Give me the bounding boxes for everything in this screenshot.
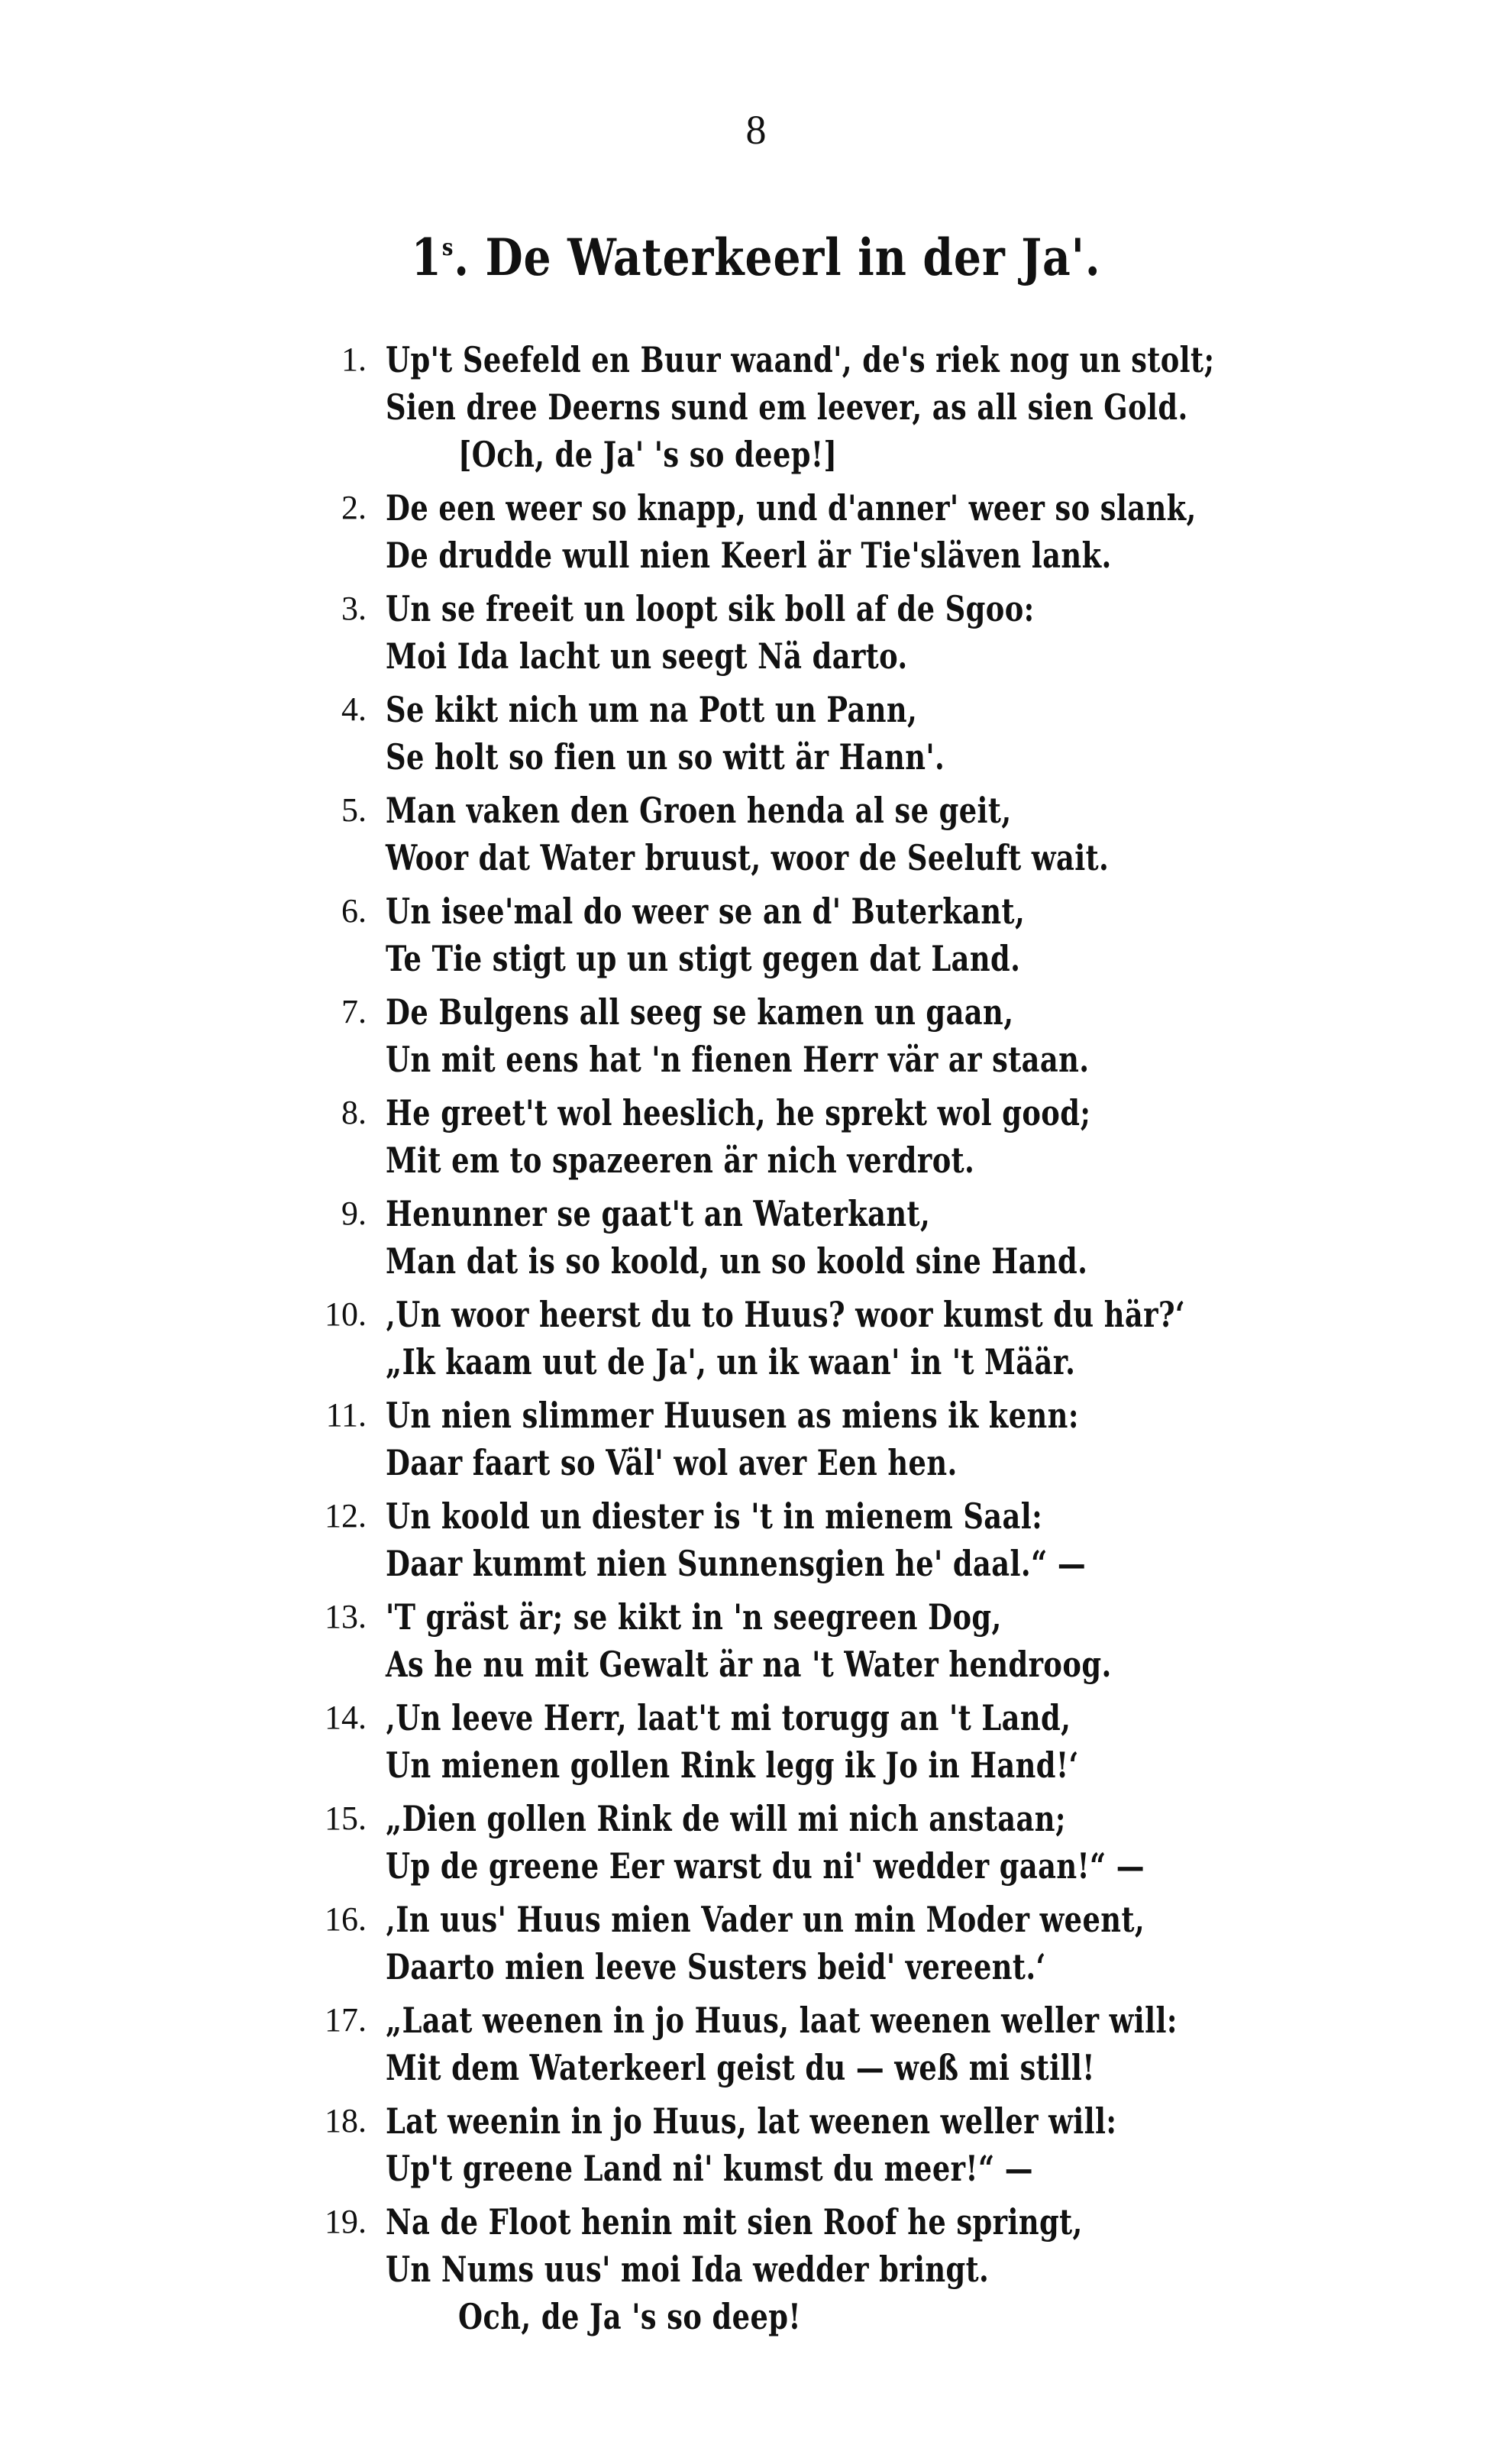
verse-line: Daar faart so Väl' wol aver Een hen. bbox=[386, 1439, 1287, 1486]
verse: 3.Un se freeit un loopt sik boll af de S… bbox=[0, 585, 1512, 680]
verse-line: Un mienen gollen Rink legg ik Jo in Hand… bbox=[386, 1741, 1287, 1789]
page-number: 8 bbox=[0, 107, 1512, 153]
verse: 6.Un isee'mal do weer se an d' Buterkant… bbox=[0, 888, 1512, 982]
verse: 13.'T gräst är; se kikt in 'n seegreen D… bbox=[0, 1593, 1512, 1688]
verse-list: 1.Up't Seefeld en Buur waand', de's riek… bbox=[0, 336, 1512, 2346]
verse-number: 13. bbox=[260, 1593, 367, 1641]
verse-line: Mit dem Waterkeerl geist du — weß mi sti… bbox=[386, 2044, 1287, 2091]
verse-line: Se holt so fien un so witt är Hann'. bbox=[386, 733, 1287, 781]
verse-number: 4. bbox=[260, 686, 367, 733]
verse: 2.De een weer so knapp, und d'anner' wee… bbox=[0, 484, 1512, 579]
verse-number: 15. bbox=[260, 1795, 367, 1842]
verse-line: He greet't wol heeslich, he sprekt wol g… bbox=[386, 1089, 1287, 1137]
verse: 7.De Bulgens all seeg se kamen un gaan,U… bbox=[0, 988, 1512, 1083]
verse: 14.‚Un leeve Herr, laat't mi torugg an '… bbox=[0, 1694, 1512, 1789]
verse-line: Te Tie stigt up un stigt gegen dat Land. bbox=[386, 935, 1287, 982]
verse-line: Daarto mien leeve Susters beid' vereent.… bbox=[386, 1943, 1287, 1990]
verse-line: 'T gräst är; se kikt in 'n seegreen Dog, bbox=[386, 1593, 1287, 1641]
verse-number: 12. bbox=[260, 1492, 367, 1540]
verse-line: Up't greene Land ni' kumst du meer!“ — bbox=[386, 2145, 1287, 2192]
verse: 15.„Dien gollen Rink de will mi nich ans… bbox=[0, 1795, 1512, 1890]
verse-number: 7. bbox=[260, 988, 367, 1036]
verse-number: 14. bbox=[260, 1694, 367, 1741]
verse-line: De Bulgens all seeg se kamen un gaan, bbox=[386, 988, 1287, 1036]
verse-number: 16. bbox=[260, 1896, 367, 1943]
verse-line: Daar kummt nien Sunnensgien he' daal.“ — bbox=[386, 1540, 1287, 1587]
verse-line: Mit em to spazeeren är nich verdrot. bbox=[386, 1137, 1287, 1184]
verse-line: Man dat is so koold, un so koold sine Ha… bbox=[386, 1237, 1287, 1285]
verse-line: Se kikt nich um na Pott un Pann, bbox=[386, 686, 1287, 733]
verse-line: As he nu mit Gewalt är na 't Water hendr… bbox=[386, 1641, 1287, 1688]
verse-number: 2. bbox=[260, 484, 367, 532]
refrain-line: [Och, de Ja' 's so deep!] bbox=[458, 431, 1301, 478]
verse: 16.‚In uus' Huus mien Vader un min Moder… bbox=[0, 1896, 1512, 1990]
verse-line: Un isee'mal do weer se an d' Buterkant, bbox=[386, 888, 1287, 935]
verse-line: Lat weenin in jo Huus, lat weenen weller… bbox=[386, 2097, 1287, 2145]
title-text: . De Waterkeerl in der Ja'. bbox=[454, 228, 1100, 287]
verse: 12.Un koold un diester is 't in mienem S… bbox=[0, 1492, 1512, 1587]
verse-number: 17. bbox=[260, 1997, 367, 2044]
verse-line: ‚Un woor heerst du to Huus? woor kumst d… bbox=[386, 1291, 1287, 1338]
verse-number: 8. bbox=[260, 1089, 367, 1137]
verse-line: Un se freeit un loopt sik boll af de Sgo… bbox=[386, 585, 1287, 632]
verse-line: Moi Ida lacht un seegt Nä darto. bbox=[386, 632, 1287, 680]
verse: 5.Man vaken den Groen henda al se geit,W… bbox=[0, 787, 1512, 881]
verse-number: 1. bbox=[260, 336, 367, 383]
verse-line: De drudde wull nien Keerl är Tie'släven … bbox=[386, 532, 1287, 579]
verse-number: 5. bbox=[260, 787, 367, 834]
verse: 17.„Laat weenen in jo Huus, laat weenen … bbox=[0, 1997, 1512, 2091]
title-number-suffix: s bbox=[442, 234, 454, 261]
verse-line: Henunner se gaat't an Waterkant, bbox=[386, 1190, 1287, 1237]
verse: 9.Henunner se gaat't an Waterkant,Man da… bbox=[0, 1190, 1512, 1285]
verse-line: De een weer so knapp, und d'anner' weer … bbox=[386, 484, 1287, 532]
verse-line: Un koold un diester is 't in mienem Saal… bbox=[386, 1492, 1287, 1540]
refrain-line: Och, de Ja 's so deep! bbox=[458, 2293, 1301, 2340]
verse-line: Sien dree Deerns sund em leever, as all … bbox=[386, 383, 1287, 431]
verse-line: „Ik kaam uut de Ja', un ik waan' in 't M… bbox=[386, 1338, 1287, 1386]
verse: 4.Se kikt nich um na Pott un Pann,Se hol… bbox=[0, 686, 1512, 781]
verse-line: „Laat weenen in jo Huus, laat weenen wel… bbox=[386, 1997, 1287, 2044]
title-number: 1 bbox=[411, 228, 441, 287]
poem-title: 1s. De Waterkeerl in der Ja'. bbox=[106, 218, 1407, 288]
verse-line: Up de greene Eer warst du ni' wedder gaa… bbox=[386, 1842, 1287, 1890]
verse-number: 9. bbox=[260, 1190, 367, 1237]
verse-line: Woor dat Water bruust, woor de Seeluft w… bbox=[386, 834, 1287, 881]
verse: 19.Na de Floot henin mit sien Roof he sp… bbox=[0, 2198, 1512, 2340]
verse-line: „Dien gollen Rink de will mi nich anstaa… bbox=[386, 1795, 1287, 1842]
verse: 8.He greet't wol heeslich, he sprekt wol… bbox=[0, 1089, 1512, 1184]
verse-line: Man vaken den Groen henda al se geit, bbox=[386, 787, 1287, 834]
verse-line: ‚Un leeve Herr, laat't mi torugg an 't L… bbox=[386, 1694, 1287, 1741]
verse-number: 19. bbox=[260, 2198, 367, 2246]
verse: 11.Un nien slimmer Huusen as miens ik ke… bbox=[0, 1392, 1512, 1486]
verse-line: Un nien slimmer Huusen as miens ik kenn: bbox=[386, 1392, 1287, 1439]
verse: 18.Lat weenin in jo Huus, lat weenen wel… bbox=[0, 2097, 1512, 2192]
verse-number: 18. bbox=[260, 2097, 367, 2145]
verse-number: 3. bbox=[260, 585, 367, 632]
verse: 10.‚Un woor heerst du to Huus? woor kums… bbox=[0, 1291, 1512, 1386]
verse-number: 6. bbox=[260, 888, 367, 935]
verse-line: ‚In uus' Huus mien Vader un min Moder we… bbox=[386, 1896, 1287, 1943]
verse-line: Na de Floot henin mit sien Roof he sprin… bbox=[386, 2198, 1287, 2246]
verse-line: Un mit eens hat 'n fienen Herr vär ar st… bbox=[386, 1036, 1287, 1083]
verse-line: Up't Seefeld en Buur waand', de's riek n… bbox=[386, 336, 1287, 383]
verse: 1.Up't Seefeld en Buur waand', de's riek… bbox=[0, 336, 1512, 478]
verse-number: 10. bbox=[260, 1291, 367, 1338]
verse-number: 11. bbox=[260, 1392, 367, 1439]
verse-line: Un Nums uus' moi Ida wedder bringt. bbox=[386, 2246, 1287, 2293]
